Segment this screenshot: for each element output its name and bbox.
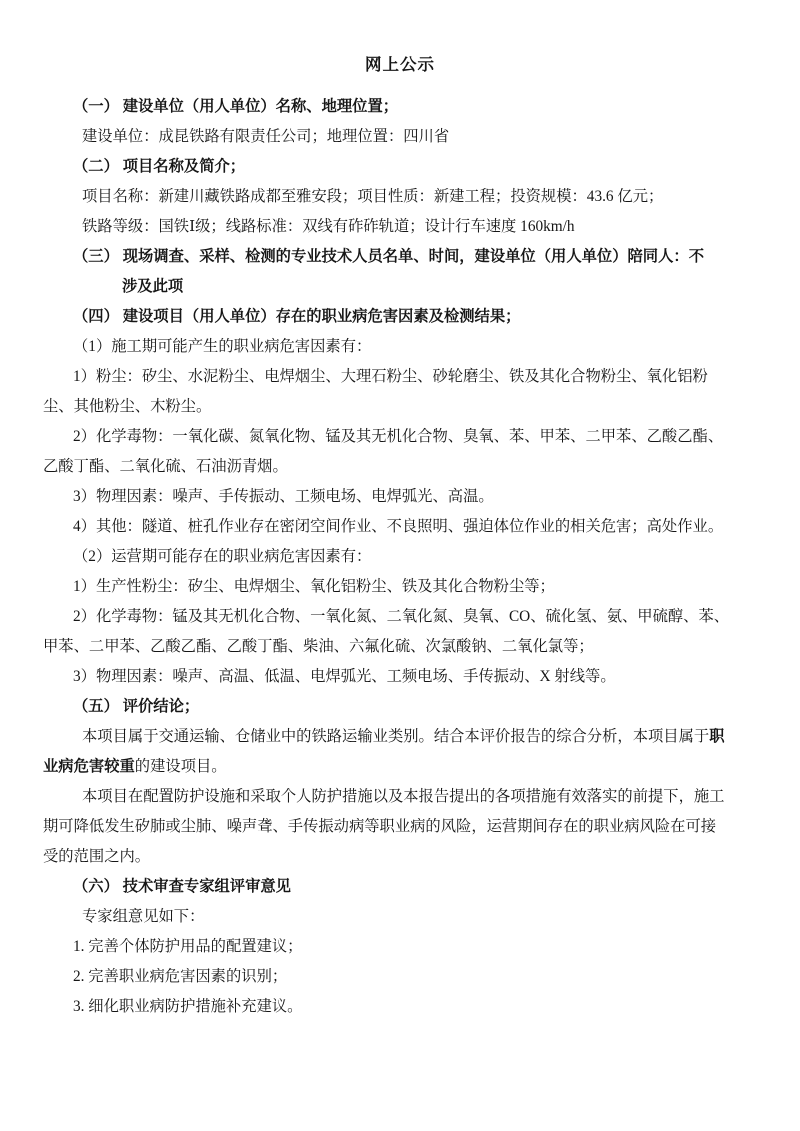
item-other-construction: 4）其他：隧道、桩孔作业存在密闭空间作业、不良照明、强迫体位作业的相关危害；高处… [43, 512, 757, 542]
para-conclusion-category: 本项目属于交通运输、仓储业中的铁路运输业类别。结合本评价报告的综合分析，本项目属… [43, 722, 757, 782]
text-run: 项目名称：新建川藏铁路成都至雅安段；项目性质：新建工程；投资规模：43.6 亿元… [82, 188, 663, 205]
section-heading-3: （三） 现场调查、采样、检测的专业技术人员名单、时间，建设单位（用人单位）陪同人… [43, 242, 757, 302]
section-heading-4: （四） 建设项目（用人单位）存在的职业病危害因素及检测结果； [43, 302, 757, 332]
section-heading-6: （六） 技术审查专家组评审意见 [43, 872, 757, 902]
section-heading-5: （五） 评价结论； [43, 692, 757, 722]
item-expert-opinion-1: 1. 完善个体防护用品的配置建议； [43, 932, 757, 962]
text-run: 3）物理因素：噪声、高温、低温、电焊弧光、工频电场、手传振动、X 射线等。 [73, 668, 616, 685]
text-run: （1）施工期可能产生的职业病危害因素有： [73, 338, 371, 355]
text-run: 乙酸丁酯、二氧化硫、石油沥青烟。 [43, 458, 288, 475]
text-run: 1. 完善个体防护用品的配置建议； [73, 938, 302, 955]
item-chemical-construction: 2）化学毒物：一氧化碳、氮氧化物、锰及其无机化合物、臭氧、苯、甲苯、二甲苯、乙酸… [43, 422, 757, 482]
text-run: 尘、其他粉尘、木粉尘。 [43, 398, 211, 415]
item-physical-construction: 3）物理因素：噪声、手传振动、工频电场、电焊弧光、高温。 [43, 482, 757, 512]
text-run: 2. 完善职业病危害因素的识别； [73, 968, 287, 985]
text-run: 职 [709, 728, 724, 745]
text-run: （四） 建设项目（用人单位）存在的职业病危害因素及检测结果； [73, 308, 520, 325]
section-heading-1: （一） 建设单位（用人单位）名称、地理位置； [43, 92, 757, 122]
text-run: 网上公示 [365, 55, 435, 74]
item-dust-construction: 1）粉尘：矽尘、水泥粉尘、电焊烟尘、大理石粉尘、砂轮磨尘、铁及其化合物粉尘、氧化… [43, 362, 757, 422]
text-run: 期可降低发生矽肺或尘肺、噪声聋、手传振动病等职业病的风险，运营期间存在的职业病风… [43, 818, 716, 835]
text-run: 本项目属于交通运输、仓储业中的铁路运输业类别。结合本评价报告的综合分析，本项目属… [82, 728, 709, 745]
document-title: 网上公示 [43, 50, 757, 80]
para-railway-grade: 铁路等级：国铁Ⅰ级；线路标准：双线有砟砟轨道；设计行车速度 160km/h [43, 212, 757, 242]
text-run: 的建设项目。 [135, 758, 227, 775]
text-run: 1）粉尘：矽尘、水泥粉尘、电焊烟尘、大理石粉尘、砂轮磨尘、铁及其化合物粉尘、氧化… [73, 368, 708, 385]
text-run: （二） 项目名称及简介； [73, 158, 245, 175]
para-construction-unit: 建设单位：成昆铁路有限责任公司；地理位置：四川省 [43, 122, 757, 152]
para-expert-intro: 专家组意见如下： [43, 902, 757, 932]
text-run: 甲苯、二甲苯、乙酸乙酯、乙酸丁酯、柴油、六氟化硫、次氯酸钠、二氧化氯等； [43, 638, 594, 655]
item-dust-operation: 1）生产性粉尘：矽尘、电焊烟尘、氧化铝粉尘、铁及其化合物粉尘等； [43, 572, 757, 602]
text-run: （五） 评价结论； [73, 698, 199, 715]
item-expert-opinion-3: 3. 细化职业病防护措施补充建议。 [43, 992, 757, 1022]
text-run: 1）生产性粉尘：矽尘、电焊烟尘、氧化铝粉尘、铁及其化合物粉尘等； [73, 578, 555, 595]
text-run: 3）物理因素：噪声、手传振动、工频电场、电焊弧光、高温。 [73, 488, 494, 505]
item-operation-period: （2）运营期可能存在的职业病危害因素有： [43, 542, 757, 572]
document-body: 网上公示（一） 建设单位（用人单位）名称、地理位置；建设单位：成昆铁路有限责任公… [43, 50, 757, 1022]
text-run: 建设单位：成昆铁路有限责任公司；地理位置：四川省 [82, 128, 449, 145]
text-run: 专家组意见如下： [82, 908, 204, 925]
text-run: 本项目在配置防护设施和采取个人防护措施以及本报告提出的各项措施有效落实的前提下，… [82, 788, 724, 805]
section-heading-2: （二） 项目名称及简介； [43, 152, 757, 182]
item-physical-operation: 3）物理因素：噪声、高温、低温、电焊弧光、工频电场、手传振动、X 射线等。 [43, 662, 757, 692]
text-run: （一） 建设单位（用人单位）名称、地理位置； [73, 98, 398, 115]
para-conclusion-risk: 本项目在配置防护设施和采取个人防护措施以及本报告提出的各项措施有效落实的前提下，… [43, 782, 757, 872]
text-run: （三） 现场调查、采样、检测的专业技术人员名单、时间，建设单位（用人单位）陪同人… [73, 248, 704, 265]
text-run: 受的范围之内。 [43, 848, 150, 865]
text-run: 2）化学毒物：一氧化碳、氮氧化物、锰及其无机化合物、臭氧、苯、甲苯、二甲苯、乙酸… [73, 428, 723, 445]
text-run: （六） 技术审查专家组评审意见 [73, 878, 291, 895]
text-run: （2）运营期可能存在的职业病危害因素有： [73, 548, 371, 565]
item-chemical-operation: 2）化学毒物：锰及其无机化合物、一氧化氮、二氧化氮、臭氧、CO、硫化氢、氨、甲硫… [43, 602, 757, 662]
text-run: 3. 细化职业病防护措施补充建议。 [73, 998, 302, 1015]
text-run: 涉及此项 [122, 278, 183, 295]
text-run: 铁路等级：国铁Ⅰ级；线路标准：双线有砟砟轨道；设计行车速度 160km/h [82, 218, 575, 235]
text-run: 业病危害较重 [43, 758, 135, 775]
text-run: 2）化学毒物：锰及其无机化合物、一氧化氮、二氧化氮、臭氧、CO、硫化氢、氨、甲硫… [73, 608, 729, 625]
item-expert-opinion-2: 2. 完善职业病危害因素的识别； [43, 962, 757, 992]
para-project-name: 项目名称：新建川藏铁路成都至雅安段；项目性质：新建工程；投资规模：43.6 亿元… [43, 182, 757, 212]
item-construction-period: （1）施工期可能产生的职业病危害因素有： [43, 332, 757, 362]
text-run: 4）其他：隧道、桩孔作业存在密闭空间作业、不良照明、强迫体位作业的相关危害；高处… [73, 518, 723, 535]
document-page: 网上公示（一） 建设单位（用人单位）名称、地理位置；建设单位：成昆铁路有限责任公… [0, 0, 800, 1131]
